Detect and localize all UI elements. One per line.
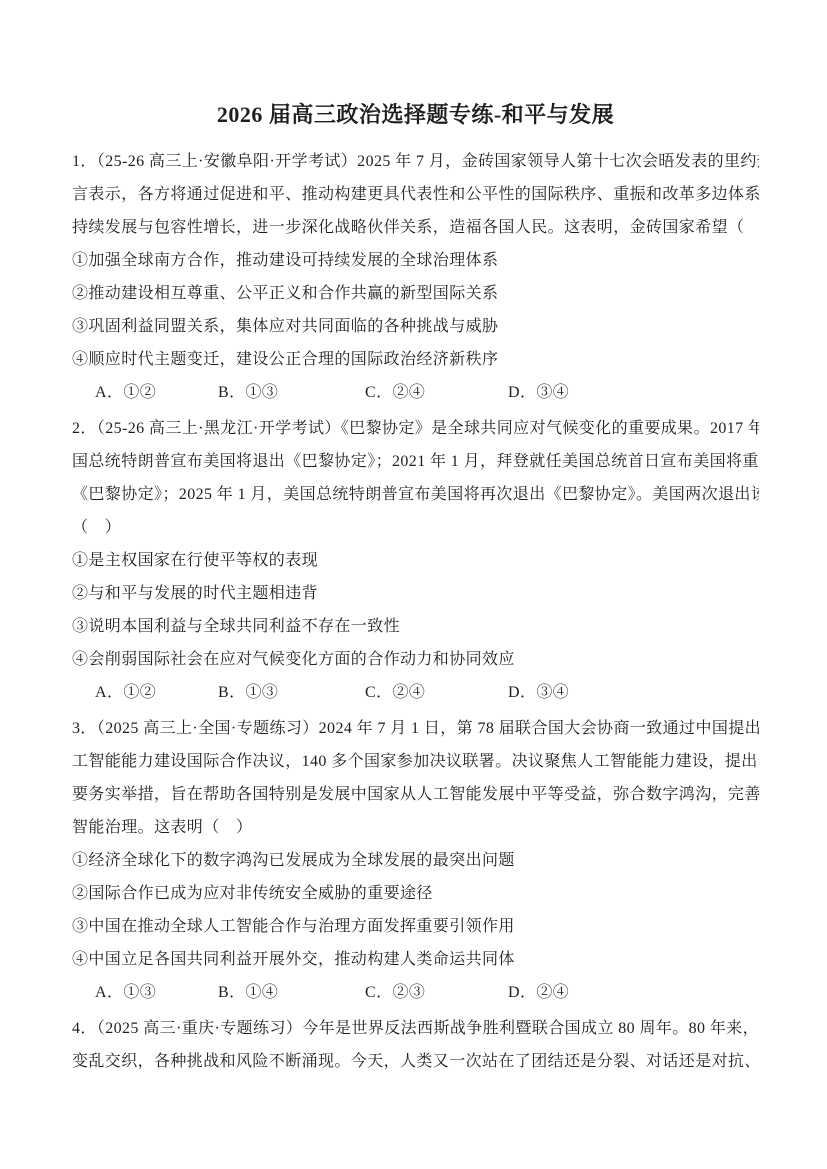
stem-line: 国总统特朗普宣布美国将退出《巴黎协定》；2021 年 1 月，拜登就任美国总统首… (72, 445, 759, 478)
choice-line: ②推动建设相互尊重、公平正义和合作共赢的新型国际关系 (72, 277, 759, 310)
choice-line: ①加强全球南方合作，推动建设可持续发展的全球治理体系 (72, 244, 759, 277)
answer-option: B．①③ (218, 376, 278, 409)
answer-options-row: A．①② B．①③ C．②④ D．③④ (72, 676, 759, 709)
stem-line: （ ） (72, 511, 759, 544)
document-content: 2026 届高三政治选择题专练-和平与发展 1．（25-26 高三上·安徽阜阳·… (0, 0, 827, 1078)
choice-line: ④顺应时代主题变迁，建设公正合理的国际政治经济新秩序 (72, 343, 759, 376)
answer-options-row: A．①③ B．①④ C．②③ D．②④ (72, 976, 759, 1009)
answer-option: C．②④ (365, 376, 425, 409)
choice-line: ②国际合作已成为应对非传统安全威胁的重要途径 (72, 877, 759, 910)
answer-option: D．②④ (508, 976, 569, 1009)
question-1: 1．（25-26 高三上·安徽阜阳·开学考试）2025 年 7 月，金砖国家领导… (72, 145, 759, 409)
page-title: 2026 届高三政治选择题专练-和平与发展 (72, 100, 759, 130)
stem-line: 要务实举措，旨在帮助各国特别是发展中国家从人工智能发展中平等受益，弥合数字鸿沟，… (72, 778, 759, 811)
answer-option: B．①③ (218, 676, 278, 709)
stem-line: 变乱交织，各种挑战和风险不断涌现。今天，人类又一次站在了团结还是分裂、对话还是对… (72, 1045, 759, 1078)
stem-line: 3．（2025 高三上·全国·专题练习）2024 年 7 月 1 日，第 78 … (72, 712, 759, 745)
choice-line: ①是主权国家在行使平等权的表现 (72, 544, 759, 577)
stem-line: 2．（25-26 高三上·黑龙江·开学考试）《巴黎协定》是全球共同应对气候变化的… (72, 412, 759, 445)
question-4: 4．（2025 高三·重庆·专题练习）今年是世界反法西斯战争胜利暨联合国成立 8… (72, 1012, 759, 1078)
question-2: 2．（25-26 高三上·黑龙江·开学考试）《巴黎协定》是全球共同应对气候变化的… (72, 412, 759, 709)
choice-line: ③中国在推动全球人工智能合作与治理方面发挥重要引领作用 (72, 910, 759, 943)
stem-line: 持续发展与包容性增长，进一步深化战略伙伴关系，造福各国人民。这表明，金砖国家希望… (72, 211, 759, 244)
answer-option: A．①③ (95, 976, 156, 1009)
stem-line: 4．（2025 高三·重庆·专题练习）今年是世界反法西斯战争胜利暨联合国成立 8… (72, 1012, 759, 1045)
answer-option: D．③④ (508, 676, 569, 709)
answer-option: A．①② (95, 676, 156, 709)
answer-option: B．①④ (218, 976, 278, 1009)
answer-option: D．③④ (508, 376, 569, 409)
answer-option: C．②③ (365, 976, 425, 1009)
stem-line: 智能治理。这表明（ ） (72, 811, 759, 844)
stem-line: 工智能能力建设国际合作决议，140 多个国家参加决议联署。决议聚焦人工智能能力建… (72, 745, 759, 778)
choice-line: ④会削弱国际社会在应对气候变化方面的合作动力和协同效应 (72, 643, 759, 676)
answer-options-row: A．①② B．①③ C．②④ D．③④ (72, 376, 759, 409)
stem-line: 言表示，各方将通过促进和平、推动构建更具代表性和公平性的国际秩序、重振和改革多边… (72, 178, 759, 211)
choice-line: ③说明本国利益与全球共同利益不存在一致性 (72, 610, 759, 643)
answer-option: A．①② (95, 376, 156, 409)
document-page: 2026 届高三政治选择题专练-和平与发展 1．（25-26 高三上·安徽阜阳·… (0, 0, 827, 1169)
choice-line: ④中国立足各国共同利益开展外交，推动构建人类命运共同体 (72, 943, 759, 976)
answer-option: C．②④ (365, 676, 425, 709)
stem-line: 《巴黎协定》；2025 年 1 月，美国总统特朗普宣布美国将再次退出《巴黎协定》… (72, 478, 759, 511)
question-3: 3．（2025 高三上·全国·专题练习）2024 年 7 月 1 日，第 78 … (72, 712, 759, 1009)
stem-line: 1．（25-26 高三上·安徽阜阳·开学考试）2025 年 7 月，金砖国家领导… (72, 145, 759, 178)
choice-line: ③巩固利益同盟关系，集体应对共同面临的各种挑战与威胁 (72, 310, 759, 343)
choice-line: ②与和平与发展的时代主题相违背 (72, 577, 759, 610)
choice-line: ①经济全球化下的数字鸿沟已发展成为全球发展的最突出问题 (72, 844, 759, 877)
